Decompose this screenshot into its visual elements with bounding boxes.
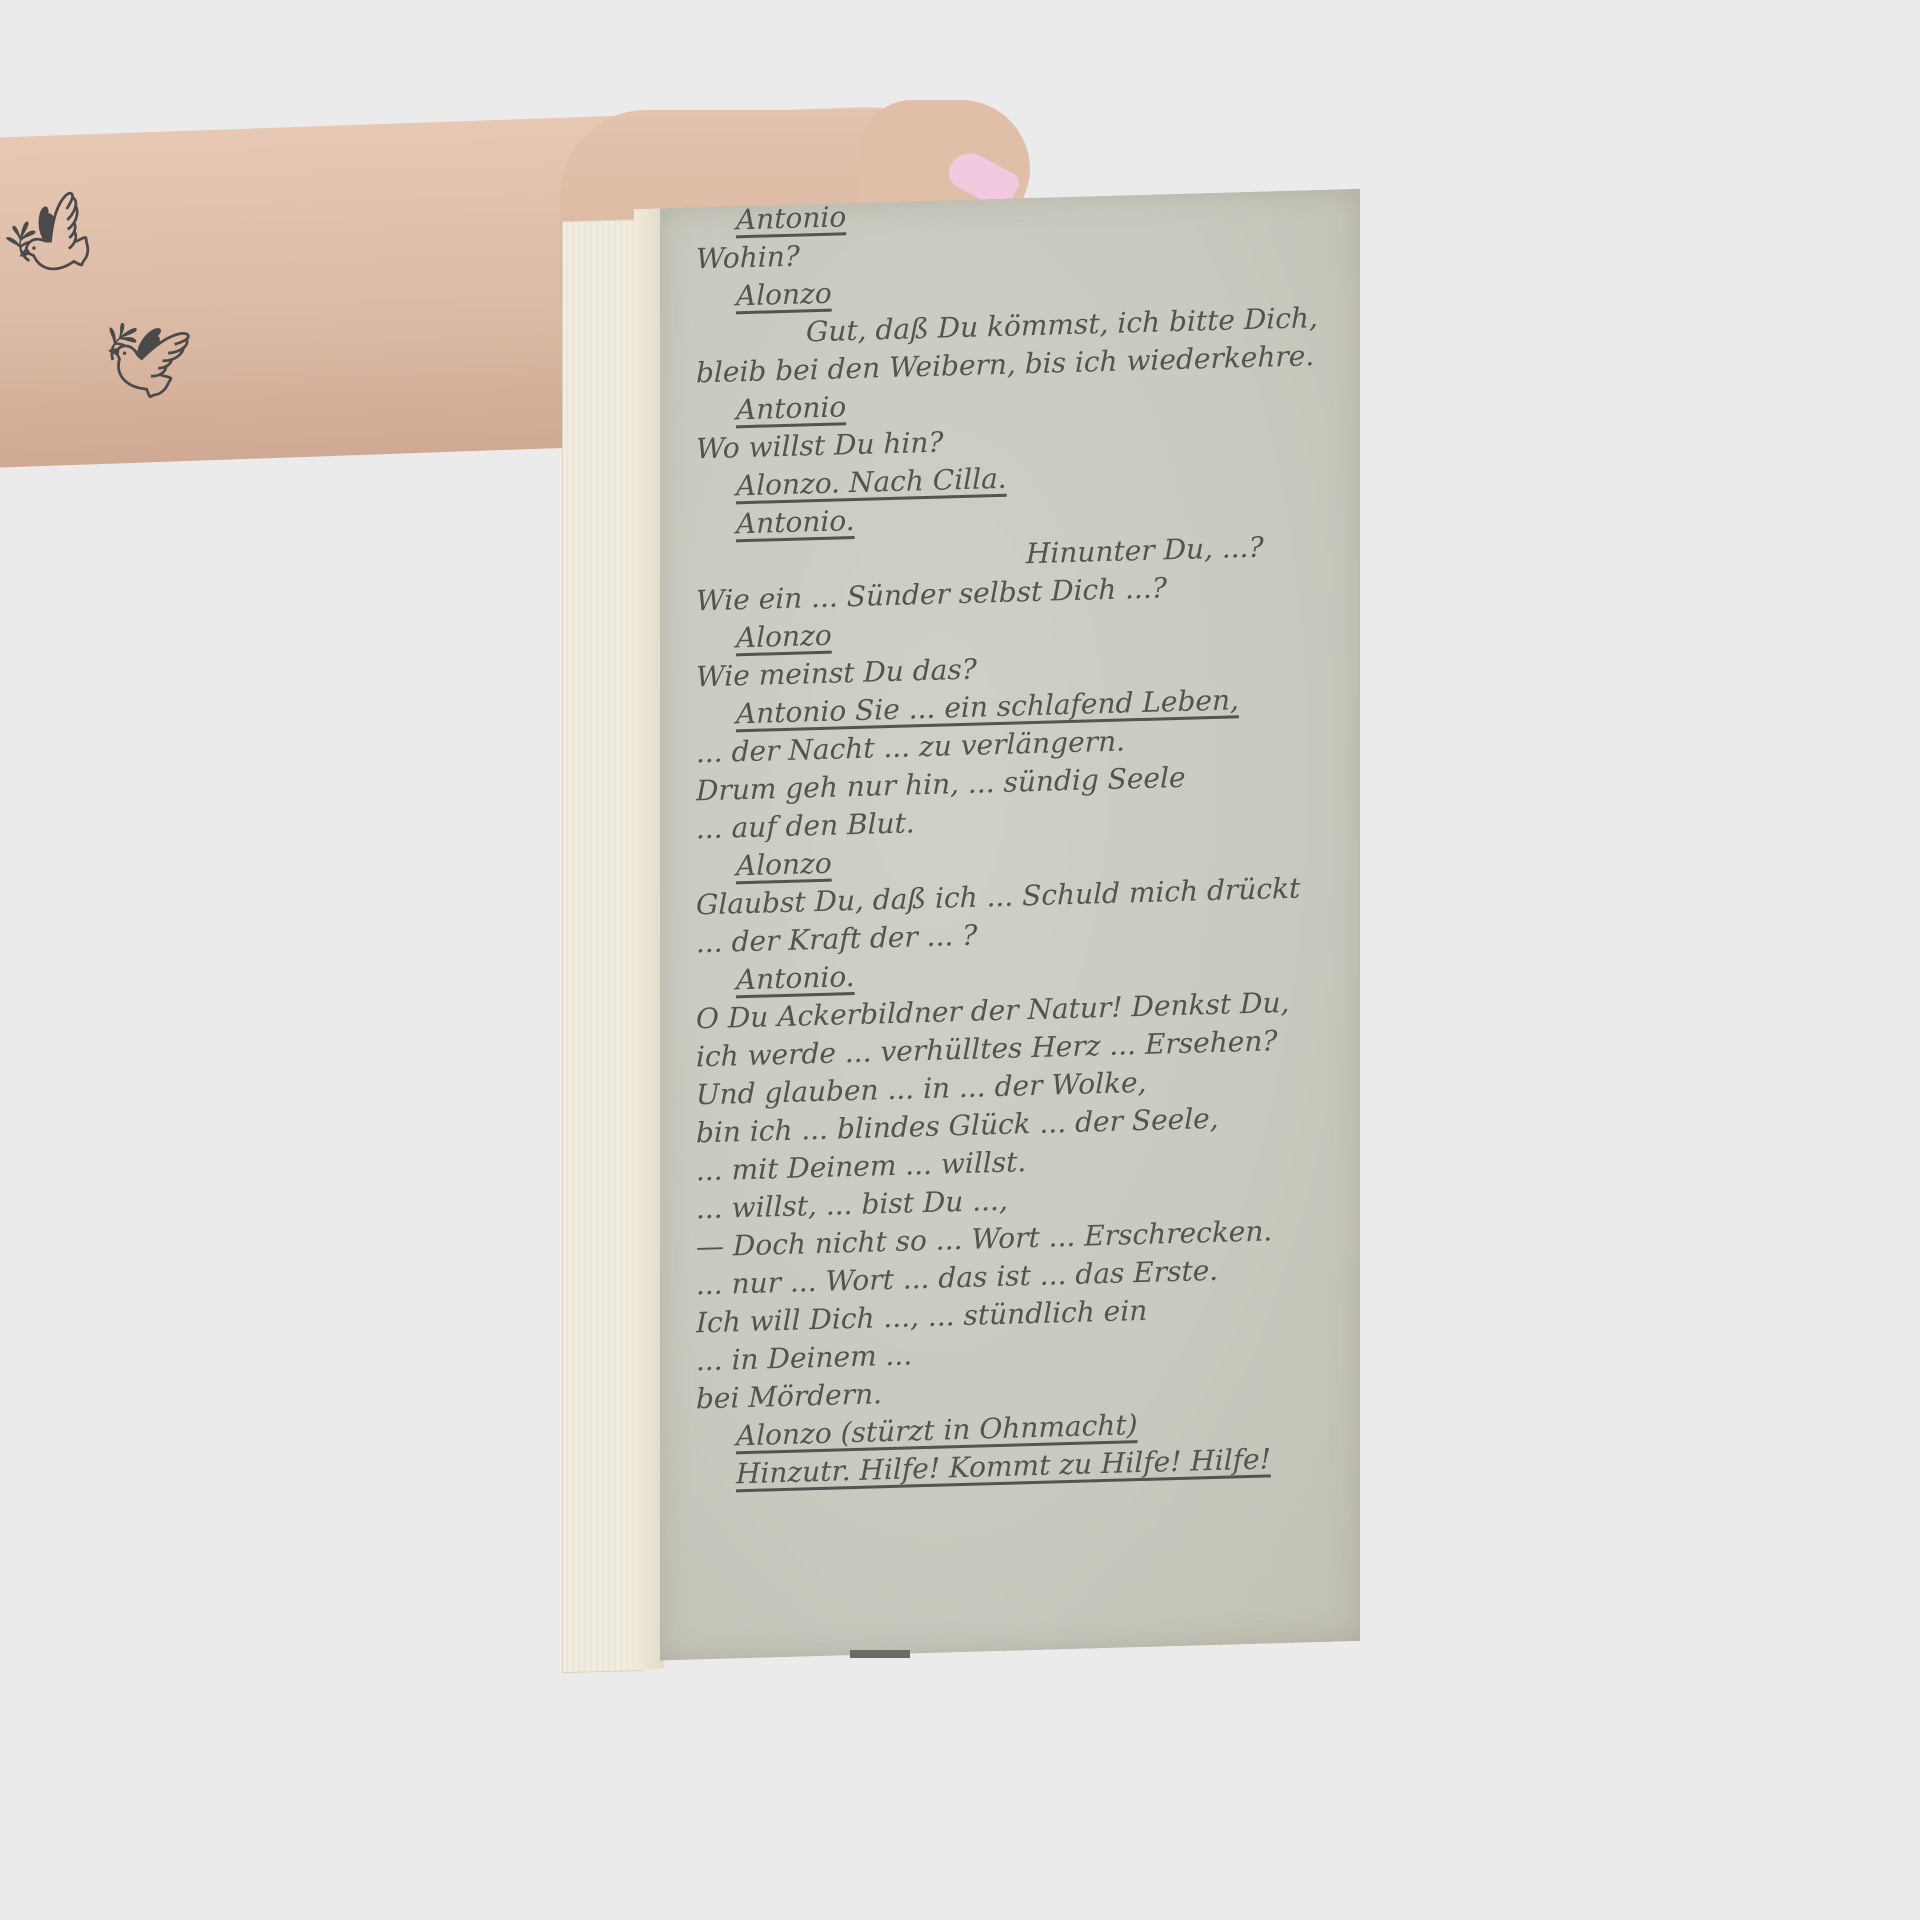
speaker-name: Antonio	[736, 393, 846, 424]
bird-tattoo-icon: 🕊	[93, 313, 195, 410]
speaker-name: Antonio.	[736, 963, 855, 994]
handwritten-manuscript: AntonioWohin?AlonzoGut, daß Du kömmst, i…	[696, 189, 1340, 1499]
speaker-name: Antonio	[736, 203, 846, 234]
speaker-name: Alonzo	[736, 850, 832, 881]
back-cover: AntonioWohin?AlonzoGut, daß Du kömmst, i…	[660, 189, 1360, 1661]
dialogue-text: Wohin?	[696, 240, 800, 276]
speaker-name: Alonzo	[736, 280, 832, 311]
page-edges	[562, 219, 644, 1673]
photo-scene: 🕊 🕊 AntonioWohin?AlonzoGut, daß Du kömms…	[0, 0, 1920, 1920]
book: AntonioWohin?AlonzoGut, daß Du kömmst, i…	[562, 189, 1362, 1671]
speaker-name: Antonio.	[736, 507, 855, 538]
cover-mark	[850, 1650, 910, 1658]
speaker-name: Alonzo	[736, 622, 832, 653]
